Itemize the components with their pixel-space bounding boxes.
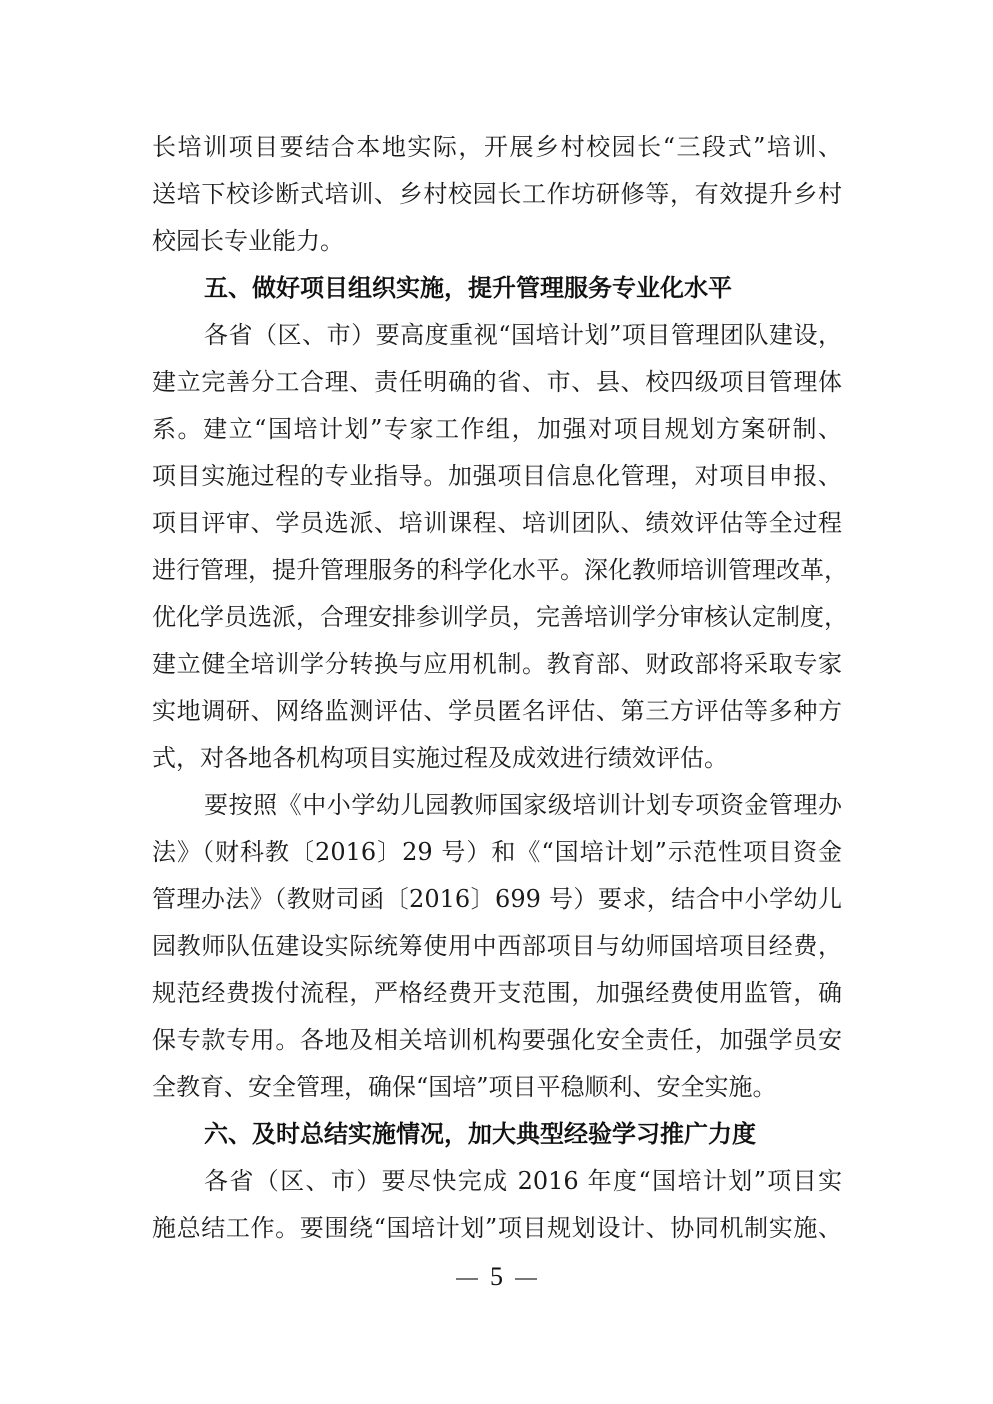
text-line: 管理办法》（教财司函〔2016〕699 号）要求，结合中小学幼儿 [152,876,842,923]
text-line: 规范经费拨付流程，严格经费开支范围，加强经费使用监管，确 [152,970,842,1017]
text-line: 各省（区、市）要尽快完成 2016 年度“国培计划”项目实 [152,1158,842,1205]
page-number: 5 [490,1262,503,1291]
text-line: 全教育、安全管理，确保“国培”项目平稳顺利、安全实施。 [152,1064,842,1111]
text-line: 项目评审、学员选派、培训课程、培训团队、绩效评估等全过程 [152,500,842,547]
text-line: 长培训项目要结合本地实际，开展乡村校园长“三段式”培训、 [152,124,842,171]
page-footer: 5 [0,1262,993,1292]
paragraph-continuation: 长培训项目要结合本地实际，开展乡村校园长“三段式”培训、 送培下校诊断式培训、乡… [152,124,842,265]
text-line: 项目实施过程的专业指导。加强项目信息化管理，对项目申报、 [152,453,842,500]
text-line: 施总结工作。要围绕“国培计划”项目规划设计、协同机制实施、 [152,1205,842,1252]
section-heading-6: 六、及时总结实施情况，加大典型经验学习推广力度 [152,1111,842,1158]
dash-left [456,1278,478,1280]
text-line: 校园长专业能力。 [152,218,842,265]
text-line: 系。建立“国培计划”专家工作组，加强对项目规划方案研制、 [152,406,842,453]
text-line: 建立完善分工合理、责任明确的省、市、县、校四级项目管理体 [152,359,842,406]
text-line: 保专款专用。各地及相关培训机构要强化安全责任，加强学员安 [152,1017,842,1064]
text-line: 进行管理，提升管理服务的科学化水平。深化教师培训管理改革， [152,547,842,594]
text-line: 各省（区、市）要高度重视“国培计划”项目管理团队建设， [152,312,842,359]
section-heading-5: 五、做好项目组织实施，提升管理服务专业化水平 [152,265,842,312]
page-body: 长培训项目要结合本地实际，开展乡村校园长“三段式”培训、 送培下校诊断式培训、乡… [152,124,842,1252]
text-line: 优化学员选派，合理安排参训学员，完善培训学分审核认定制度， [152,594,842,641]
text-line: 建立健全培训学分转换与应用机制。教育部、财政部将采取专家 [152,641,842,688]
text-line: 园教师队伍建设实际统筹使用中西部项目与幼师国培项目经费， [152,923,842,970]
text-line: 法》（财科教〔2016〕29 号）和《“国培计划”示范性项目资金 [152,829,842,876]
text-line: 要按照《中小学幼儿园教师国家级培训计划专项资金管理办 [152,782,842,829]
section5-paragraph-2: 要按照《中小学幼儿园教师国家级培训计划专项资金管理办 法》（财科教〔2016〕2… [152,782,842,1111]
text-line: 送培下校诊断式培训、乡村校园长工作坊研修等，有效提升乡村 [152,171,842,218]
document-page: 长培训项目要结合本地实际，开展乡村校园长“三段式”培训、 送培下校诊断式培训、乡… [0,0,993,1404]
dash-right [515,1278,537,1280]
text-line: 实地调研、网络监测评估、学员匿名评估、第三方评估等多种方 [152,688,842,735]
text-line: 式，对各地各机构项目实施过程及成效进行绩效评估。 [152,735,842,782]
section6-paragraph-1: 各省（区、市）要尽快完成 2016 年度“国培计划”项目实 施总结工作。要围绕“… [152,1158,842,1252]
section5-paragraph-1: 各省（区、市）要高度重视“国培计划”项目管理团队建设， 建立完善分工合理、责任明… [152,312,842,782]
